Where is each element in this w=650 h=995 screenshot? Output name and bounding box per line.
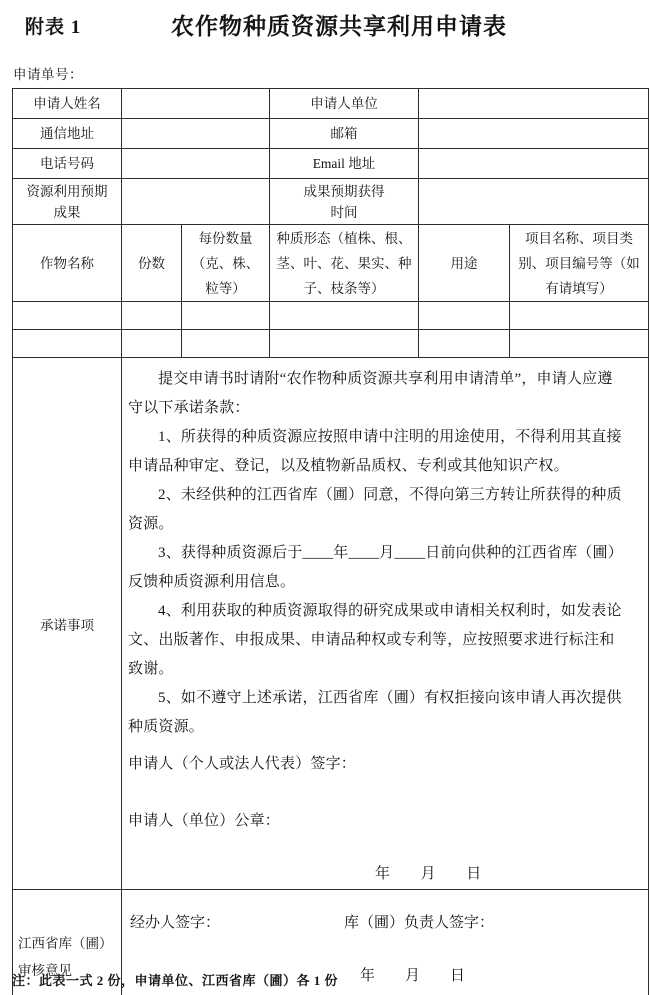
- empty-cell: [419, 302, 510, 330]
- info-row-expected-results: 资源利用预期成果 成果预期获得时间: [13, 179, 649, 225]
- commitment-row: 承诺事项 提交申请书时请附“农作物种质资源共享利用申请清单”，申请人应遵守以下承…: [13, 358, 649, 890]
- label-expected-results: 资源利用预期成果: [13, 179, 122, 225]
- empty-cell: [13, 330, 122, 358]
- handler-signature-line: 经办人签字：: [130, 915, 220, 931]
- empty-cell: [270, 302, 419, 330]
- page-title: 农作物种质资源共享利用申请表: [14, 8, 650, 41]
- value-email-address: [419, 149, 649, 179]
- crop-table-empty-row-1: [13, 302, 649, 330]
- value-postbox: [419, 119, 649, 149]
- document-page: 附表 1 农作物种质资源共享利用申请表 申请单号： 申请人姓名 申请人单位 通信…: [0, 0, 650, 995]
- applicant-signature-line: 申请人（个人或法人代表）签字：: [128, 750, 624, 779]
- label-postbox: 邮箱: [270, 119, 419, 149]
- commitment-item-1: 1、所获得的种质资源应按照申请中注明的用途使用，不得利用其直接申请品种审定、登记…: [128, 423, 624, 481]
- empty-cell: [13, 302, 122, 330]
- empty-cell: [122, 330, 182, 358]
- commitment-item-4: 4、利用获取的种质资源取得的研究成果或申请相关权利时，如发表论文、出版著作、申报…: [128, 597, 624, 684]
- commitment-body: 提交申请书时请附“农作物种质资源共享利用申请清单”，申请人应遵守以下承诺条款： …: [122, 358, 648, 889]
- info-row-phone: 电话号码 Email 地址: [13, 149, 649, 179]
- value-phone-number: [122, 149, 270, 179]
- column-header-crop-name: 作物名称: [13, 225, 122, 302]
- column-header-project-info: 项目名称、项目类别、项目编号等（如有请填写）: [510, 225, 649, 302]
- empty-cell: [182, 302, 270, 330]
- applicant-seal-line: 申请人（单位）公章：: [128, 807, 624, 836]
- value-mailing-address: [122, 119, 270, 149]
- value-applicant-name: [122, 89, 270, 119]
- manager-signature-line: 库（圃）负责人签字：: [344, 909, 494, 938]
- commitment-date-line: 年 月 日: [128, 860, 624, 889]
- info-row-applicant-name: 申请人姓名 申请人单位: [13, 89, 649, 119]
- label-mailing-address: 通信地址: [13, 119, 122, 149]
- empty-cell: [510, 330, 649, 358]
- label-email-address: Email 地址: [270, 149, 419, 179]
- label-expected-time: 成果预期获得时间: [270, 179, 419, 225]
- crop-table-header-row: 作物名称 份数 每份数量（克、株、粒等） 种质形态（植株、根、茎、叶、花、果实、…: [13, 225, 649, 302]
- crop-table-empty-row-2: [13, 330, 649, 358]
- label-applicant-name: 申请人姓名: [13, 89, 122, 119]
- value-applicant-org: [419, 89, 649, 119]
- commitment-intro: 提交申请书时请附“农作物种质资源共享利用申请清单”，申请人应遵守以下承诺条款：: [128, 365, 624, 423]
- column-header-usage: 用途: [419, 225, 510, 302]
- value-expected-time: [419, 179, 649, 225]
- empty-cell: [182, 330, 270, 358]
- application-form-table: 申请人姓名 申请人单位 通信地址 邮箱 电话号码 Email 地址 资源利用预期…: [12, 88, 649, 995]
- commitment-content-cell: 提交申请书时请附“农作物种质资源共享利用申请清单”，申请人应遵守以下承诺条款： …: [122, 358, 649, 890]
- column-header-quantity: 每份数量（克、株、粒等）: [182, 225, 270, 302]
- commitment-item-3: 3、获得种质资源后于____年____月____日前向供种的江西省库（圃）反馈种…: [128, 539, 624, 597]
- commitment-item-2: 2、未经供种的江西省库（圃）同意，不得向第三方转让所获得的种质资源。: [128, 481, 624, 539]
- application-number-label: 申请单号：: [13, 63, 83, 83]
- value-expected-results: [122, 179, 270, 225]
- footer-note: 注：此表一式 2 份，申请单位、江西省库（圃）各 1 份: [12, 970, 338, 989]
- empty-cell: [122, 302, 182, 330]
- label-commitment: 承诺事项: [13, 358, 122, 890]
- empty-cell: [270, 330, 419, 358]
- info-row-address: 通信地址 邮箱: [13, 119, 649, 149]
- label-applicant-org: 申请人单位: [270, 89, 419, 119]
- column-header-copies: 份数: [122, 225, 182, 302]
- empty-cell: [419, 330, 510, 358]
- empty-cell: [510, 302, 649, 330]
- column-header-germplasm-form: 种质形态（植株、根、茎、叶、花、果实、种子、枝条等）: [270, 225, 419, 302]
- commitment-item-5: 5、如不遵守上述承诺，江西省库（圃）有权拒接向该申请人再次提供种质资源。: [128, 684, 624, 742]
- label-phone-number: 电话号码: [13, 149, 122, 179]
